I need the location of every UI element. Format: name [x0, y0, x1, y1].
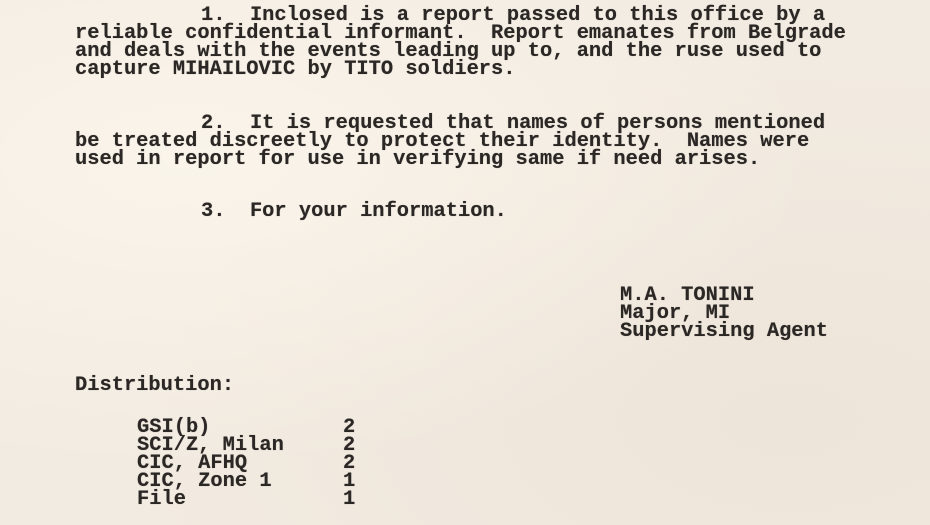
distribution-recipient: File — [137, 491, 186, 509]
distribution-label: Distribution: — [75, 377, 234, 395]
signature-title: Supervising Agent — [620, 323, 828, 341]
paragraph-3-line-1: 3. For your information. — [201, 203, 507, 221]
paragraph-1-line-4: capture MIHAILOVIC by TITO soldiers. — [75, 61, 516, 79]
distribution-copies: 1 — [343, 491, 355, 509]
typewritten-memo: 1. Inclosed is a report passed to this o… — [0, 0, 930, 525]
paragraph-2-line-3: used in report for use in verifying same… — [75, 151, 760, 169]
